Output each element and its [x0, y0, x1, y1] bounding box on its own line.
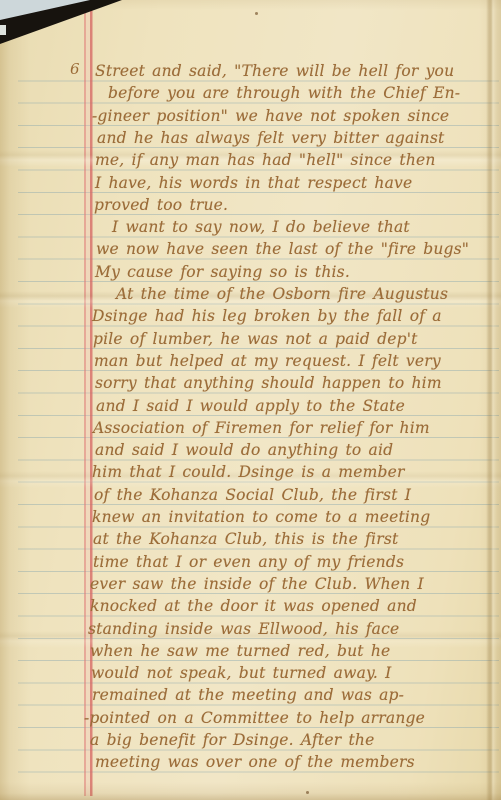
handwritten-line: standing inside was Ellwood, his face: [88, 621, 399, 637]
handwritten-line: and he has always felt very bitter again…: [97, 130, 444, 146]
handwritten-line: My cause for saying so is this.: [95, 264, 350, 280]
handwritten-line: would not speak, but turned away. I: [91, 665, 392, 681]
ink-speck: [255, 12, 258, 15]
handwritten-line: I want to say now, I do believe that: [112, 219, 410, 235]
handwritten-line: I have, his words in that respect have: [95, 175, 412, 191]
handwritten-line: a big benefit for Dsinge. After the: [90, 732, 374, 748]
handwritten-line: and I said I would apply to the State: [96, 398, 405, 414]
ink-speck: [306, 791, 309, 794]
handwritten-line: meeting was over one of the members: [95, 754, 415, 770]
page-edge-notch: [0, 25, 6, 35]
handwritten-line: man but helped at my request. I felt ver…: [94, 353, 441, 369]
handwritten-line: knew an invitation to come to a meeting: [92, 509, 430, 525]
handwritten-line: Street and said, "There will be hell for…: [95, 63, 454, 79]
handwritten-line: -gineer position" we have not spoken sin…: [92, 108, 449, 124]
handwritten-line: we now have seen the last of the "fire b…: [96, 241, 469, 257]
handwritten-line: remained at the meeting and was ap-: [92, 687, 404, 703]
handwritten-line: proved too true.: [94, 197, 228, 213]
handwritten-line: knocked at the door it was opened and: [90, 598, 417, 614]
handwritten-line: Dsinge had his leg broken by the fall of…: [92, 308, 442, 324]
handwritten-line: At the time of the Osborn fire Augustus: [116, 286, 448, 302]
handwritten-line: pile of lumber, he was not a paid dep't: [93, 331, 418, 347]
scanned-manuscript-page: 6 Street and said, "There will be hell f…: [0, 0, 501, 800]
handwritten-line: ever saw the inside of the Club. When I: [90, 576, 424, 592]
handwritten-line: Association of Firemen for relief for hi…: [93, 420, 430, 436]
handwritten-line: me, if any man has had "hell" since then: [95, 152, 436, 168]
handwritten-line: and said I would do anything to aid: [95, 442, 393, 458]
handwritten-line: when he saw me turned red, but he: [90, 643, 390, 659]
handwritten-line: him that I could. Dsinge is a member: [92, 464, 405, 480]
handwritten-line: at the Kohanza Club, this is the first: [93, 531, 398, 547]
page-number: 6: [70, 60, 80, 78]
handwritten-line: sorry that anything should happen to him: [95, 375, 442, 391]
handwritten-line: of the Kohanza Social Club, the first I: [94, 487, 411, 503]
handwritten-line: -pointed on a Committee to help arrange: [84, 710, 425, 726]
handwritten-line: time that I or even any of my friends: [93, 554, 404, 570]
handwritten-line: before you are through with the Chief En…: [108, 85, 460, 101]
